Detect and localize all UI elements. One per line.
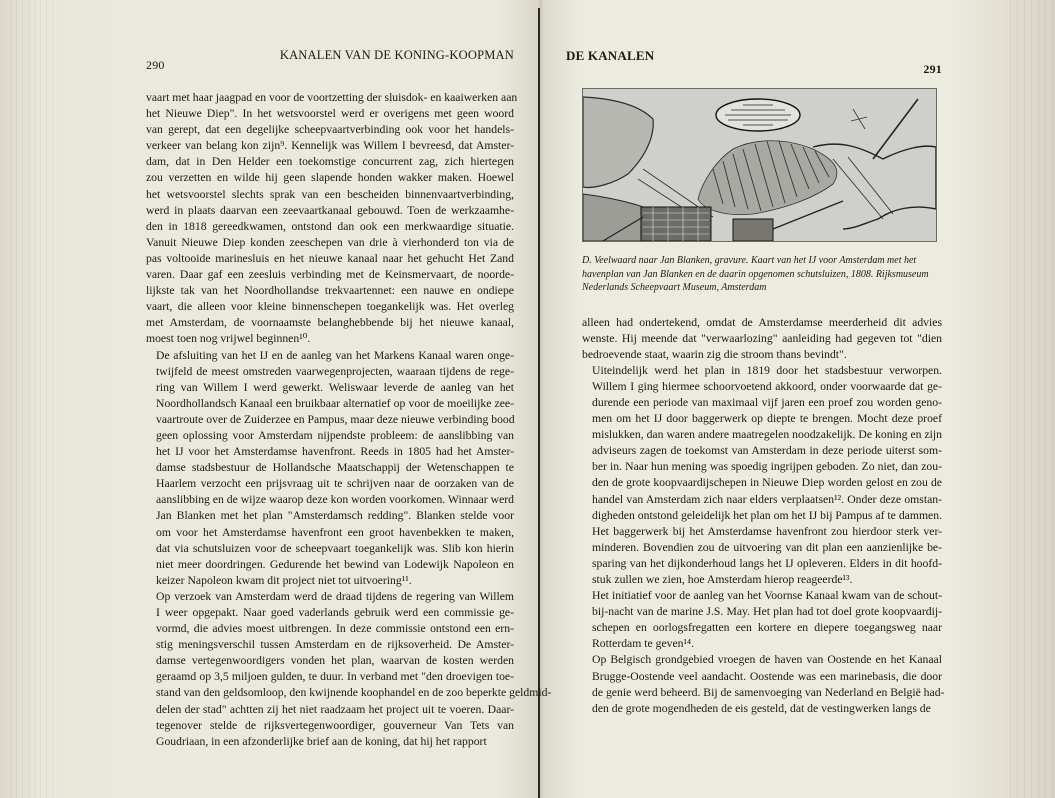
text-line: vaartroute over de Zuiderzee en Pampus, … (146, 412, 514, 428)
paragraph: alleen had ondertekend, omdat de Amsterd… (582, 315, 942, 363)
text-line: wenste. Hij meende dat "verwaarlozing" a… (582, 331, 942, 347)
text-line: sparing van het dijkonderhoud langs het … (582, 556, 942, 572)
text-line: lijkste tak van het Noordhollandse trekv… (146, 283, 514, 299)
text-line: Goudriaan, in een afzonderlijke brief aa… (146, 734, 514, 750)
text-line: I weer opgepakt. Naar goed vaderlands ge… (146, 605, 514, 621)
text-line: dam, dat in Den Helder een toekomstige c… (146, 154, 514, 170)
left-page-number: 290 (146, 58, 165, 73)
text-line: Op Belgisch grondgebied vroegen de haven… (582, 652, 942, 668)
text-line: twijfeld de meest omstreden vaarwegenpro… (146, 364, 514, 380)
text-line: digheden ontstond geleidelijk het plan o… (582, 508, 942, 524)
text-line: het wetsvoorstel slechts sprak van een b… (146, 187, 514, 203)
text-line: stig meningsverschil tussen Amsterdam en… (146, 637, 514, 653)
text-line: de genie werd beheerd. Bij de samenvoegi… (582, 685, 942, 701)
text-line: durende een periode van maximaal vijf ja… (582, 395, 942, 411)
text-line: bij-nacht van de marine J.S. May. Het pl… (582, 604, 942, 620)
right-page: DE KANALEN 291 (566, 48, 942, 717)
text-line: tegenover stelde de rijksvertegenwoordig… (146, 718, 514, 734)
text-line: niet meer doordringen. Gedurende het bew… (146, 557, 514, 573)
text-line: moest toen nog vrijwel beginnen¹⁰. (146, 331, 514, 347)
text-line: adviseurs zagen de toekomst van Amsterda… (582, 443, 942, 459)
text-line: den de grote koopvaardijschepen in Nieuw… (582, 475, 942, 491)
map-engraving-icon (583, 89, 936, 241)
paragraph: Op verzoek van Amsterdam werd de draad t… (146, 589, 514, 750)
text-line: alleen had ondertekend, omdat de Amsterd… (582, 315, 942, 331)
left-running-title: KANALEN VAN DE KONING-KOOPMAN (280, 48, 514, 63)
left-body-text: vaart met haar jaagpad en voor de voortz… (146, 90, 514, 750)
text-line: Op verzoek van Amsterdam werd de draad t… (146, 589, 514, 605)
text-line: stand van den geldsomloop, den kwijnende… (146, 685, 514, 701)
map-illustration (582, 88, 937, 242)
text-line: vaart met haar jaagpad en voor de voortz… (146, 90, 514, 106)
text-line: met Amsterdam, de voornaamste belanghebb… (146, 315, 514, 331)
text-line: verkeer van belang kon zijn⁹. Kennelijk … (146, 138, 514, 154)
text-line: geen oplossing voor Amsterdam nijpendste… (146, 428, 514, 444)
text-line: Jan Blanken met het plan "Amsterdamsch r… (146, 508, 514, 524)
text-line: aanslibbing en de wijze waarop deze kon … (146, 492, 514, 508)
text-line: dat via schutsluizen voor de scheepvaart… (146, 541, 514, 557)
text-line: Uiteindelijk werd het plan in 1819 door … (582, 363, 942, 379)
text-line: van gerept, dat een degelijke scheepvaar… (146, 122, 514, 138)
text-line: schepen en oorlogsfregatten een kortere … (582, 620, 942, 636)
text-line: Vanuit Nieuwe Diep konden zeeschepen van… (146, 235, 514, 251)
paragraph: De afsluiting van het IJ en de aanleg va… (146, 348, 514, 589)
text-line: handel van Amsterdam zich naar elders ve… (582, 492, 942, 508)
text-line: Willem I ging hiermee schoorvoetend akko… (582, 379, 942, 395)
text-line: varen. Daar gaf een zeesluis verbinding … (146, 267, 514, 283)
text-line: pas voltooide marinesluis en het nieuwe … (146, 251, 514, 267)
figure-caption: D. Veelwaard naar Jan Blanken, gravure. … (582, 254, 942, 295)
book-spread: 290 KANALEN VAN DE KONING-KOOPMAN vaart … (0, 0, 1055, 798)
text-line: om voor het Amsterdamse havenfront een g… (146, 525, 514, 541)
page-edges-right (1010, 0, 1055, 798)
text-line: het Nieuwe Diep". In het wetsvoorstel we… (146, 106, 514, 122)
text-line: den in 1818 gereedkwamen, ontstond dan o… (146, 219, 514, 235)
text-line: damse vertegenwoordigers vonden het plan… (146, 653, 514, 669)
text-line: keizer Napoleon kwam dit project niet to… (146, 573, 514, 589)
text-line: stuk zullen we zien, hoe Amsterdam hiero… (582, 572, 942, 588)
text-line: men om het IJ door baggerwerk op diepte … (582, 411, 942, 427)
text-line: Haarlem verzocht een prijsvraag uit te s… (146, 476, 514, 492)
text-line: ring van Willem I werd gewerkt. Weliswaa… (146, 380, 514, 396)
paragraph: Het initiatief voor de aanleg van het Vo… (582, 588, 942, 652)
book-gutter (538, 8, 540, 798)
text-line: vaart, die alleen voor kleine binnensche… (146, 299, 514, 315)
text-line: Het baggerwerk bij het Amsterdamse haven… (582, 524, 942, 540)
text-line: De afsluiting van het IJ en de aanleg va… (146, 348, 514, 364)
left-page: 290 KANALEN VAN DE KONING-KOOPMAN vaart … (146, 48, 514, 750)
paragraph: vaart met haar jaagpad en voor de voortz… (146, 90, 514, 348)
right-body-text: alleen had ondertekend, omdat de Amsterd… (582, 315, 942, 717)
text-line: delen der stad" achtten zij het niet raa… (146, 702, 514, 718)
page-edges-left (10, 0, 55, 798)
right-running-head: DE KANALEN 291 (566, 48, 942, 70)
paragraph: Op Belgisch grondgebied vroegen de haven… (582, 652, 942, 716)
right-running-title: DE KANALEN (566, 48, 654, 64)
text-line: bedroevende staat, waarin zig die stroom… (582, 347, 942, 363)
text-line: Brugge-Oostende veel aandacht. Oostende … (582, 669, 942, 685)
paragraph: Uiteindelijk werd het plan in 1819 door … (582, 363, 942, 588)
text-line: mislukken, dan waren andere maatregelen … (582, 427, 942, 443)
text-line: damse stadsbestuur de Hollandsche Maatsc… (146, 460, 514, 476)
text-line: Het initiatief voor de aanleg van het Vo… (582, 588, 942, 604)
text-line: Rotterdam te geven¹⁴. (582, 636, 942, 652)
text-line: vormd, die advies moest uitbrengen. In d… (146, 621, 514, 637)
text-line: den de grote mogendheden de eis gesteld,… (582, 701, 942, 717)
text-line: geraamd op 3,5 miljoen gulden, te duur. … (146, 669, 514, 685)
text-line: minderen. Bovendien zou de uitvoering va… (582, 540, 942, 556)
text-line: Noordhollandsch Kanaal een bruikbaar alt… (146, 396, 514, 412)
text-line: zou verzetten en wilde hij geen slapende… (146, 170, 514, 186)
text-line: werd in plaats daarvan een zeevaartkanaa… (146, 203, 514, 219)
left-running-head: 290 KANALEN VAN DE KONING-KOOPMAN (146, 48, 514, 70)
right-page-number: 291 (923, 62, 942, 77)
text-line: het IJ voor het Amsterdamse havenfront. … (146, 444, 514, 460)
text-line: ber in. Naar hun mening was spoedig ingr… (582, 459, 942, 475)
